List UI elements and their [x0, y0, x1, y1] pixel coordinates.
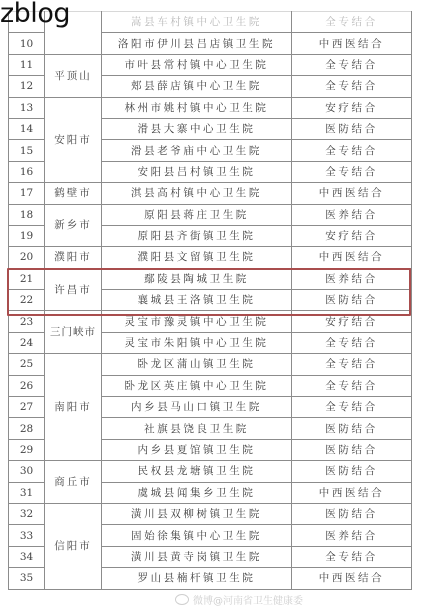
- hospital-name: 内乡县马山口镇卫生院: [102, 397, 292, 418]
- row-number: 30: [9, 461, 45, 482]
- hospital-name: 郏县薛店镇中心卫生院: [102, 76, 292, 97]
- integration-type: 医防结合: [292, 461, 412, 482]
- table-row-highlighted: 21 许昌市 鄢陵县陶城卫生院 医养结合: [9, 268, 412, 289]
- footer-watermark: 微博@河南省卫生健康委: [175, 592, 303, 607]
- integration-type: 全专结合: [292, 140, 412, 161]
- row-number: 19: [9, 225, 45, 246]
- table-row: 13 安阳市 林州市姚村镇中心卫生院 安疗结合: [9, 97, 412, 118]
- integration-type: 医养结合: [292, 268, 412, 289]
- integration-type: 医防结合: [292, 118, 412, 139]
- city-cell-anyang: 安阳市: [45, 97, 102, 183]
- integration-type: 安疗结合: [292, 97, 412, 118]
- hospital-name: 原阳县齐街镇卫生院: [102, 225, 292, 246]
- weibo-icon: [175, 594, 189, 605]
- integration-type: 全专结合: [292, 12, 412, 33]
- integration-type: 医养结合: [292, 204, 412, 225]
- row-number: 34: [9, 546, 45, 567]
- row-number: 23: [9, 311, 45, 332]
- row-number: 33: [9, 525, 45, 546]
- hospital-name: 鄢陵县陶城卫生院: [102, 268, 292, 289]
- row-number: 14: [9, 118, 45, 139]
- hospital-name: 潢川县黄寺岗镇卫生院: [102, 546, 292, 567]
- hospital-name: 灵宝市豫灵镇中心卫生院: [102, 311, 292, 332]
- integration-type: 医防结合: [292, 439, 412, 460]
- hospital-name: 卧龙区蒲山镇卫生院: [102, 354, 292, 375]
- city-cell-shangqiu: 商丘市: [45, 461, 102, 504]
- integration-type: 中西医结合: [292, 568, 412, 589]
- table-row: 25 南阳市 卧龙区蒲山镇卫生院 全专结合: [9, 354, 412, 375]
- integration-type: 全专结合: [292, 375, 412, 396]
- integration-type: 医防结合: [292, 418, 412, 439]
- footer-watermark-text: 微博@河南省卫生健康委: [193, 592, 303, 607]
- hospital-name: 市叶县常村镇中心卫生院: [102, 54, 292, 75]
- city-cell-pingdingshan: 平顶山: [45, 54, 102, 97]
- hospital-name: 灵宝市朱阳镇中心卫生院: [102, 332, 292, 353]
- hospital-name: 内乡县夏馆镇卫生院: [102, 439, 292, 460]
- city-cell-xinxiang: 新乡市: [45, 204, 102, 247]
- row-number: 11: [9, 54, 45, 75]
- integration-type: 中西医结合: [292, 33, 412, 54]
- hospital-name: 安阳县吕村镇卫生院: [102, 161, 292, 182]
- row-number: 32: [9, 503, 45, 524]
- row-number: 24: [9, 332, 45, 353]
- hospital-name: 罗山县楠杆镇卫生院: [102, 568, 292, 589]
- integration-type: 中西医结合: [292, 183, 412, 204]
- hospital-name: 林州市姚村镇中心卫生院: [102, 97, 292, 118]
- row-number: 12: [9, 76, 45, 97]
- integration-type: 全专结合: [292, 546, 412, 567]
- row-number: 13: [9, 97, 45, 118]
- integration-type: 安疗结合: [292, 225, 412, 246]
- table-row: 11 平顶山 市叶县常村镇中心卫生院 全专结合: [9, 54, 412, 75]
- integration-type: 医防结合: [292, 503, 412, 524]
- row-number: 15: [9, 140, 45, 161]
- integration-type: 全专结合: [292, 54, 412, 75]
- hospital-name: 滑县大寨中心卫生院: [102, 118, 292, 139]
- watermark-zblog: zblog: [0, 0, 70, 34]
- city-cell-hebi: 鹤壁市: [45, 183, 102, 204]
- table-row: 30 商丘市 民权县龙塘镇卫生院 医防结合: [9, 461, 412, 482]
- row-number: 16: [9, 161, 45, 182]
- integration-type: 全专结合: [292, 161, 412, 182]
- row-number: 17: [9, 183, 45, 204]
- row-number: 35: [9, 568, 45, 589]
- row-number: 18: [9, 204, 45, 225]
- table-row: 23 三门峡市 灵宝市豫灵镇中心卫生院 安疗结合: [9, 311, 412, 332]
- integration-type: 中西医结合: [292, 482, 412, 503]
- hospital-table: 嵩县车村镇中心卫生院 全专结合 10 洛阳市伊川县吕店镇卫生院 中西医结合 11…: [8, 11, 412, 590]
- hospital-name: 卧龙区英庄镇中心卫生院: [102, 375, 292, 396]
- city-cell-xuchang: 许昌市: [45, 268, 102, 311]
- hospital-name: 固始徐集镇中心卫生院: [102, 525, 292, 546]
- hospital-name: 社旗县饶良卫生院: [102, 418, 292, 439]
- integration-type: 全专结合: [292, 397, 412, 418]
- hospital-name: 原阳县蒋庄卫生院: [102, 204, 292, 225]
- integration-type: 全专结合: [292, 354, 412, 375]
- row-number: 31: [9, 482, 45, 503]
- hospital-name: 嵩县车村镇中心卫生院: [102, 12, 292, 33]
- hospital-name: 潢川县双柳树镇卫生院: [102, 503, 292, 524]
- table-row: 20 濮阳市 濮阳县文留镇卫生院 中西医结合: [9, 247, 412, 268]
- row-number: 21: [9, 268, 45, 289]
- table-row: 17 鹤壁市 淇县高村镇中心卫生院 中西医结合: [9, 183, 412, 204]
- row-number: 29: [9, 439, 45, 460]
- hospital-name: 濮阳县文留镇卫生院: [102, 247, 292, 268]
- hospital-name: 淇县高村镇中心卫生院: [102, 183, 292, 204]
- integration-type: 安疗结合: [292, 311, 412, 332]
- table-row: 18 新乡市 原阳县蒋庄卫生院 医养结合: [9, 204, 412, 225]
- integration-type: 全专结合: [292, 332, 412, 353]
- row-number: 27: [9, 397, 45, 418]
- row-number: 22: [9, 290, 45, 311]
- integration-type: 全专结合: [292, 76, 412, 97]
- hospital-name: 襄城县王洛镇卫生院: [102, 290, 292, 311]
- hospital-name: 洛阳市伊川县吕店镇卫生院: [102, 33, 292, 54]
- city-cell-xinyang: 信阳市: [45, 503, 102, 589]
- city-cell-puyang: 濮阳市: [45, 247, 102, 268]
- row-number: 20: [9, 247, 45, 268]
- row-number: 25: [9, 354, 45, 375]
- city-cell-nanyang: 南阳市: [45, 354, 102, 461]
- hospital-name: 虞城县闻集乡卫生院: [102, 482, 292, 503]
- row-number: 28: [9, 418, 45, 439]
- integration-type: 医防结合: [292, 290, 412, 311]
- integration-type: 中西医结合: [292, 247, 412, 268]
- table-row: 32 信阳市 潢川县双柳树镇卫生院 医防结合: [9, 503, 412, 524]
- row-number: 26: [9, 375, 45, 396]
- row-number: 10: [9, 33, 45, 54]
- integration-type: 医养结合: [292, 525, 412, 546]
- hospital-name: 民权县龙塘镇卫生院: [102, 461, 292, 482]
- hospital-name: 滑县老爷庙中心卫生院: [102, 140, 292, 161]
- city-cell-sanmenxia: 三门峡市: [45, 311, 102, 354]
